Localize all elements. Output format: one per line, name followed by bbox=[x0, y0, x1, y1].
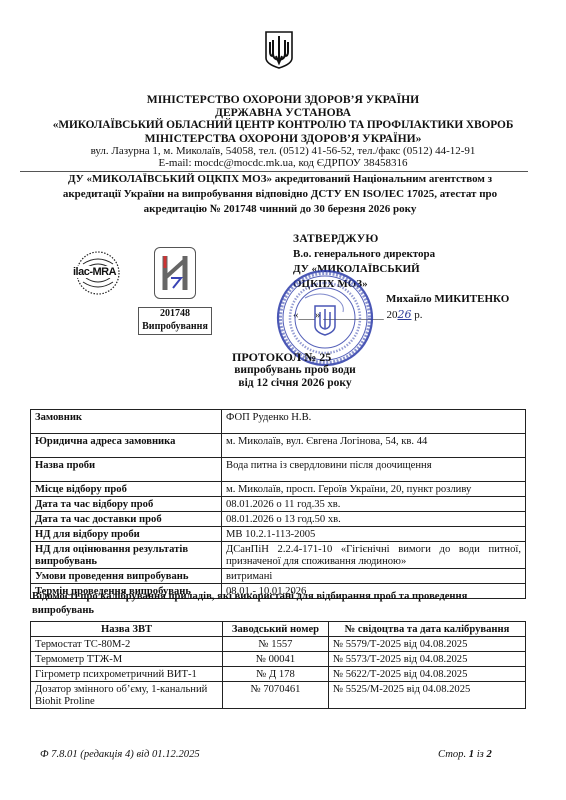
calibration-certificate: № 5525/М-2025 від 04.08.2025 bbox=[329, 682, 526, 709]
calibration-table: Назва ЗВТ Заводський номер № свідоцтва т… bbox=[30, 621, 526, 709]
table-row: НД для відбору пробиМВ 10.2.1-113-2005 bbox=[31, 527, 526, 542]
field-value: Вода питна із свердловини після доочищен… bbox=[222, 458, 526, 482]
field-label: Юридична адреса замовника bbox=[31, 434, 222, 458]
table-row: Назва пробиВода питна із свердловини піс… bbox=[31, 458, 526, 482]
field-label: НД для відбору проби bbox=[31, 527, 222, 542]
field-value: м. Миколаїв, вул. Євгена Логінова, 54, к… bbox=[222, 434, 526, 458]
table-row: Дата та час доставки проб08.01.2026 о 13… bbox=[31, 512, 526, 527]
field-value: МВ 10.2.1-113-2005 bbox=[222, 527, 526, 542]
institution-type: ДЕРЖАВНА УСТАНОВА bbox=[20, 106, 546, 119]
page-separator: із bbox=[474, 749, 486, 760]
table-row: Гігрометр психрометричний ВИТ-1 № Д 178 … bbox=[31, 667, 526, 682]
instrument-name: Термометр ТТЖ-М bbox=[31, 652, 223, 667]
ukraine-coat-of-arms-icon bbox=[264, 30, 294, 70]
accreditation-scope: Випробування bbox=[139, 321, 211, 334]
approval-signatory: Михайло МИКИТЕНКО bbox=[386, 292, 509, 307]
approval-date-prefix: «___» ___________ 20 bbox=[293, 309, 398, 321]
table-row: ЗамовникФОП Руденко Н.В. bbox=[31, 410, 526, 434]
approval-date-year: 26 bbox=[398, 308, 412, 321]
institution-name: «МИКОЛАЇВСЬКИЙ ОБЛАСНИЙ ЦЕНТР КОНТРОЛЮ Т… bbox=[20, 119, 546, 132]
protocol-title: ПРОТОКОЛ № 25 bbox=[232, 350, 432, 365]
national-accreditation-logo-icon bbox=[154, 247, 196, 299]
accreditation-statement: ДУ «МИКОЛАЇВСЬКИЙ ОЦКПХ МОЗ» акредитован… bbox=[30, 172, 530, 217]
approval-date: «___» ___________ 2026 р. bbox=[293, 307, 423, 323]
protocol-subtitle: випробувань проб води bbox=[185, 364, 405, 376]
document-page: МІНІСТЕРСТВО ОХОРОНИ ЗДОРОВ’Я УКРАЇНИ ДЕ… bbox=[0, 0, 566, 800]
serial-number: № 00041 bbox=[223, 652, 329, 667]
field-value: м. Миколаїв, просп. Героїв України, 20, … bbox=[222, 482, 526, 497]
calibration-certificate: № 5622/Т-2025 від 04.08.2025 bbox=[329, 667, 526, 682]
table-row: Юридична адреса замовникам. Миколаїв, ву… bbox=[31, 434, 526, 458]
instrument-name: Гігрометр психрометричний ВИТ-1 bbox=[31, 667, 223, 682]
field-label: Дата та час доставки проб bbox=[31, 512, 222, 527]
field-value: ФОП Руденко Н.В. bbox=[222, 410, 526, 434]
page-prefix: Стор. bbox=[438, 749, 469, 760]
instrument-name: Дозатор змінного об’єму, 1-канальний Bio… bbox=[31, 682, 223, 709]
page-total: 2 bbox=[486, 749, 491, 760]
ministry-name: МІНІСТЕРСТВО ОХОРОНИ ЗДОРОВ’Я УКРАЇНИ bbox=[20, 93, 546, 106]
column-header: № свідоцтва та дата калібрування bbox=[329, 622, 526, 637]
calibration-certificate: № 5579/Т-2025 від 04.08.2025 bbox=[329, 637, 526, 652]
column-header: Назва ЗВТ bbox=[31, 622, 223, 637]
field-value: 08.01.2026 о 11 год.35 хв. bbox=[222, 497, 526, 512]
field-value: ДСанПіН 2.2.4-171-10 «Гігієнічні вимоги … bbox=[222, 542, 526, 569]
accreditation-line: акредитацію № 201748 чинний до 30 березн… bbox=[30, 202, 530, 217]
calibration-certificate: № 5573/Т-2025 від 04.08.2025 bbox=[329, 652, 526, 667]
ilac-mra-label: ilac-MRA bbox=[73, 266, 116, 278]
approval-block: ЗАТВЕРДЖУЮ В.о. генерального директора Д… bbox=[293, 232, 435, 292]
field-label: Дата та час відбору проб bbox=[31, 497, 222, 512]
serial-number: № 1557 bbox=[223, 637, 329, 652]
field-label: Умови проведення випробувань bbox=[31, 569, 222, 584]
accreditation-line: акредитації України на випробування відп… bbox=[30, 187, 530, 202]
instrument-name: Термостат ТС-80М-2 bbox=[31, 637, 223, 652]
approval-org: ДУ «МИКОЛАЇВСЬКИЙ bbox=[293, 262, 435, 277]
accreditation-line: ДУ «МИКОЛАЇВСЬКИЙ ОЦКПХ МОЗ» акредитован… bbox=[30, 172, 530, 187]
table-row: НД для оцінювання результатів випробуван… bbox=[31, 542, 526, 569]
sample-info-table: ЗамовникФОП Руденко Н.В. Юридична адреса… bbox=[30, 409, 526, 599]
approval-position: В.о. генерального директора bbox=[293, 247, 435, 262]
accreditation-number: 201748 bbox=[139, 308, 211, 321]
field-label: Замовник bbox=[31, 410, 222, 434]
column-header: Заводський номер bbox=[223, 622, 329, 637]
field-value: 08.01.2026 о 13 год.50 хв. bbox=[222, 512, 526, 527]
approval-date-suffix: р. bbox=[412, 309, 423, 321]
table-row: Умови проведення випробуваньвитримані bbox=[31, 569, 526, 584]
serial-number: № 7070461 bbox=[223, 682, 329, 709]
approval-heading: ЗАТВЕРДЖУЮ bbox=[293, 232, 435, 247]
table-row: Термометр ТТЖ-М № 00041 № 5573/Т-2025 ві… bbox=[31, 652, 526, 667]
field-label: Місце відбору проб bbox=[31, 482, 222, 497]
page-number: Стор. 1 із 2 bbox=[438, 749, 492, 760]
table-header-row: Назва ЗВТ Заводський номер № свідоцтва т… bbox=[31, 622, 526, 637]
field-label: НД для оцінювання результатів випробуван… bbox=[31, 542, 222, 569]
calibration-section-title: Відомості про калібрування приладів, які… bbox=[32, 590, 522, 618]
table-row: Місце відбору пробм. Миколаїв, просп. Ге… bbox=[31, 482, 526, 497]
table-row: Дозатор змінного об’єму, 1-канальний Bio… bbox=[31, 682, 526, 709]
institution-contacts: E-mail: mocdc@mocdc.mk.ua, код ЄДРПОУ 38… bbox=[20, 157, 546, 170]
protocol-date: від 12 січня 2026 року bbox=[185, 377, 405, 389]
institution-name-line2: МІНІСТЕРСТВА ОХОРОНИ ЗДОРОВ’Я УКРАЇНИ» bbox=[20, 132, 546, 145]
form-reference: Ф 7.8.01 (редакція 4) від 01.12.2025 bbox=[40, 749, 200, 760]
table-row: Дата та час відбору проб08.01.2026 о 11 … bbox=[31, 497, 526, 512]
field-label: Назва проби bbox=[31, 458, 222, 482]
field-value: витримані bbox=[222, 569, 526, 584]
accreditation-badge: 201748 Випробування bbox=[138, 307, 212, 335]
table-row: Термостат ТС-80М-2 № 1557 № 5579/Т-2025 … bbox=[31, 637, 526, 652]
serial-number: № Д 178 bbox=[223, 667, 329, 682]
approval-org-line2: ОЦКПХ МОЗ» bbox=[293, 277, 435, 292]
